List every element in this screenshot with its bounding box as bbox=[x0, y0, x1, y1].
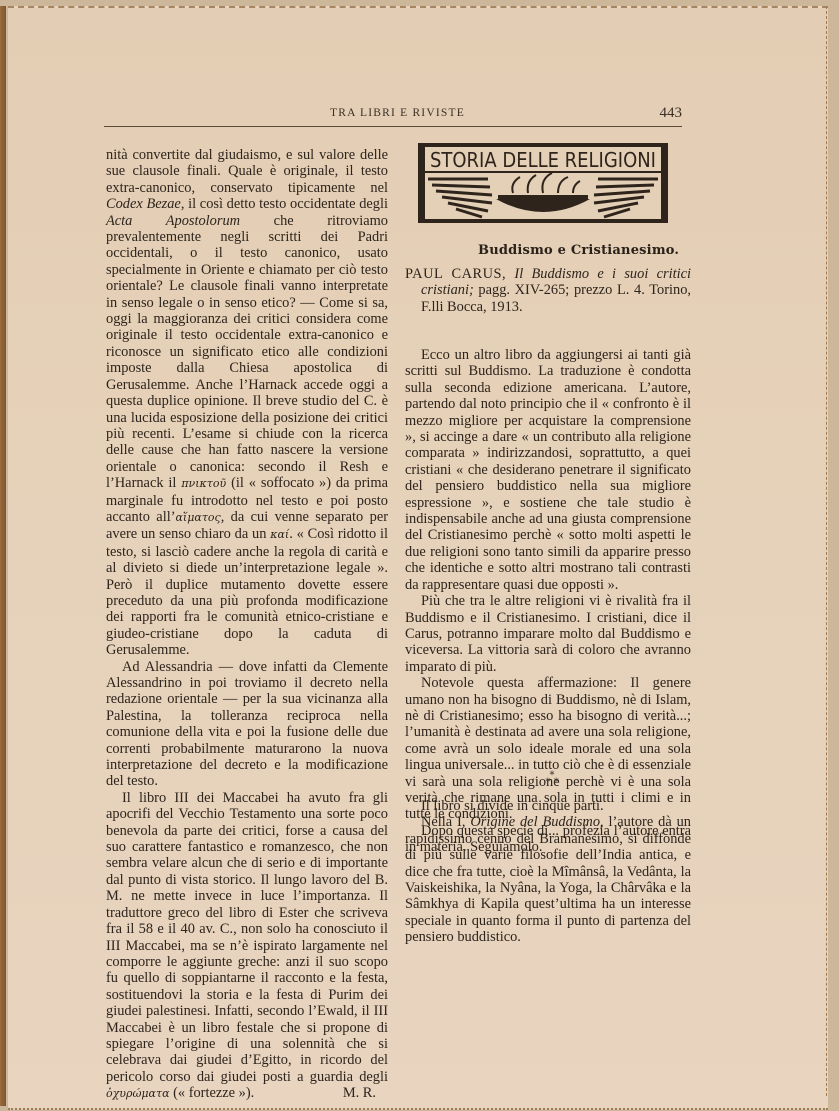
running-title: TRA LIBRI E RIVISTE bbox=[330, 107, 465, 119]
page-number: 443 bbox=[660, 105, 683, 122]
greek-word: πνικτοῦ bbox=[181, 477, 226, 490]
svg-text:STORIA DELLE RELIGIONI: STORIA DELLE RELIGIONI bbox=[430, 148, 656, 172]
italic-title: Acta Apostolorum bbox=[106, 213, 240, 229]
paragraph: Il libro si divide in cinque parti. bbox=[405, 798, 691, 814]
running-head: TRA LIBRI E RIVISTE 443 bbox=[104, 105, 682, 123]
text-run: Il libro III dei Maccabei ha avuto fra g… bbox=[106, 790, 388, 1085]
paragraph: Nella I, Origine del Buddismo, l’autore … bbox=[405, 814, 691, 945]
italic-title: Codex Bezae bbox=[106, 196, 181, 212]
text-run: nità convertite dal giudaismo, e sul val… bbox=[106, 147, 388, 196]
text-run: , il così detto testo occidentate degli bbox=[181, 196, 388, 212]
citation-author: PAUL CARUS, bbox=[405, 266, 506, 282]
greek-word: ὀχυρώματα bbox=[106, 1087, 170, 1100]
left-column: nità convertite dal giudaismo, e sul val… bbox=[106, 147, 388, 1103]
author-signature: M. R. bbox=[327, 1085, 376, 1101]
book-spine-shadow bbox=[0, 6, 6, 1106]
greek-word: αἵματος bbox=[176, 511, 221, 524]
header-rule bbox=[104, 126, 682, 127]
page-edge bbox=[826, 6, 829, 1096]
paragraph: Più che tra le altre religioni vi è riva… bbox=[405, 593, 691, 675]
text-run: che ritroviamo prevalentemente negli scr… bbox=[106, 213, 388, 492]
italic-title: Origine del Buddismo, bbox=[470, 814, 603, 830]
section-title: Buddismo e Cristianesimo. bbox=[478, 243, 679, 258]
paragraph: nità convertite dal giudaismo, e sul val… bbox=[106, 147, 388, 659]
text-run: . « Così ridotto il testo, si lasciò cad… bbox=[106, 526, 388, 658]
book-citation: PAUL CARUS, Il Buddismo e i suoi critici… bbox=[405, 266, 691, 315]
section-banner: STORIA DELLE RELIGIONI bbox=[418, 143, 668, 223]
text-run: Nella I, bbox=[421, 814, 470, 830]
paragraph: Il libro III dei Maccabei ha avuto fra g… bbox=[106, 790, 388, 1103]
text-run: l’autore dà un rapidissimo cenno del Bra… bbox=[405, 814, 691, 945]
text-run: (« fortezze »). bbox=[170, 1085, 255, 1101]
asterism-divider: * * * bbox=[537, 772, 567, 786]
paragraph: Ecco un altro libro da aggiungersi ai ta… bbox=[405, 347, 691, 593]
asterism-bottom-stars: * * bbox=[537, 779, 567, 786]
paragraph: Ad Alessandria — dove infatti da Clement… bbox=[106, 659, 388, 790]
storia-delle-religioni-vignette-icon: STORIA DELLE RELIGIONI bbox=[418, 143, 668, 223]
right-column-continued: Il libro si divide in cinque parti. Nell… bbox=[405, 798, 691, 946]
greek-word: καί bbox=[270, 528, 289, 541]
